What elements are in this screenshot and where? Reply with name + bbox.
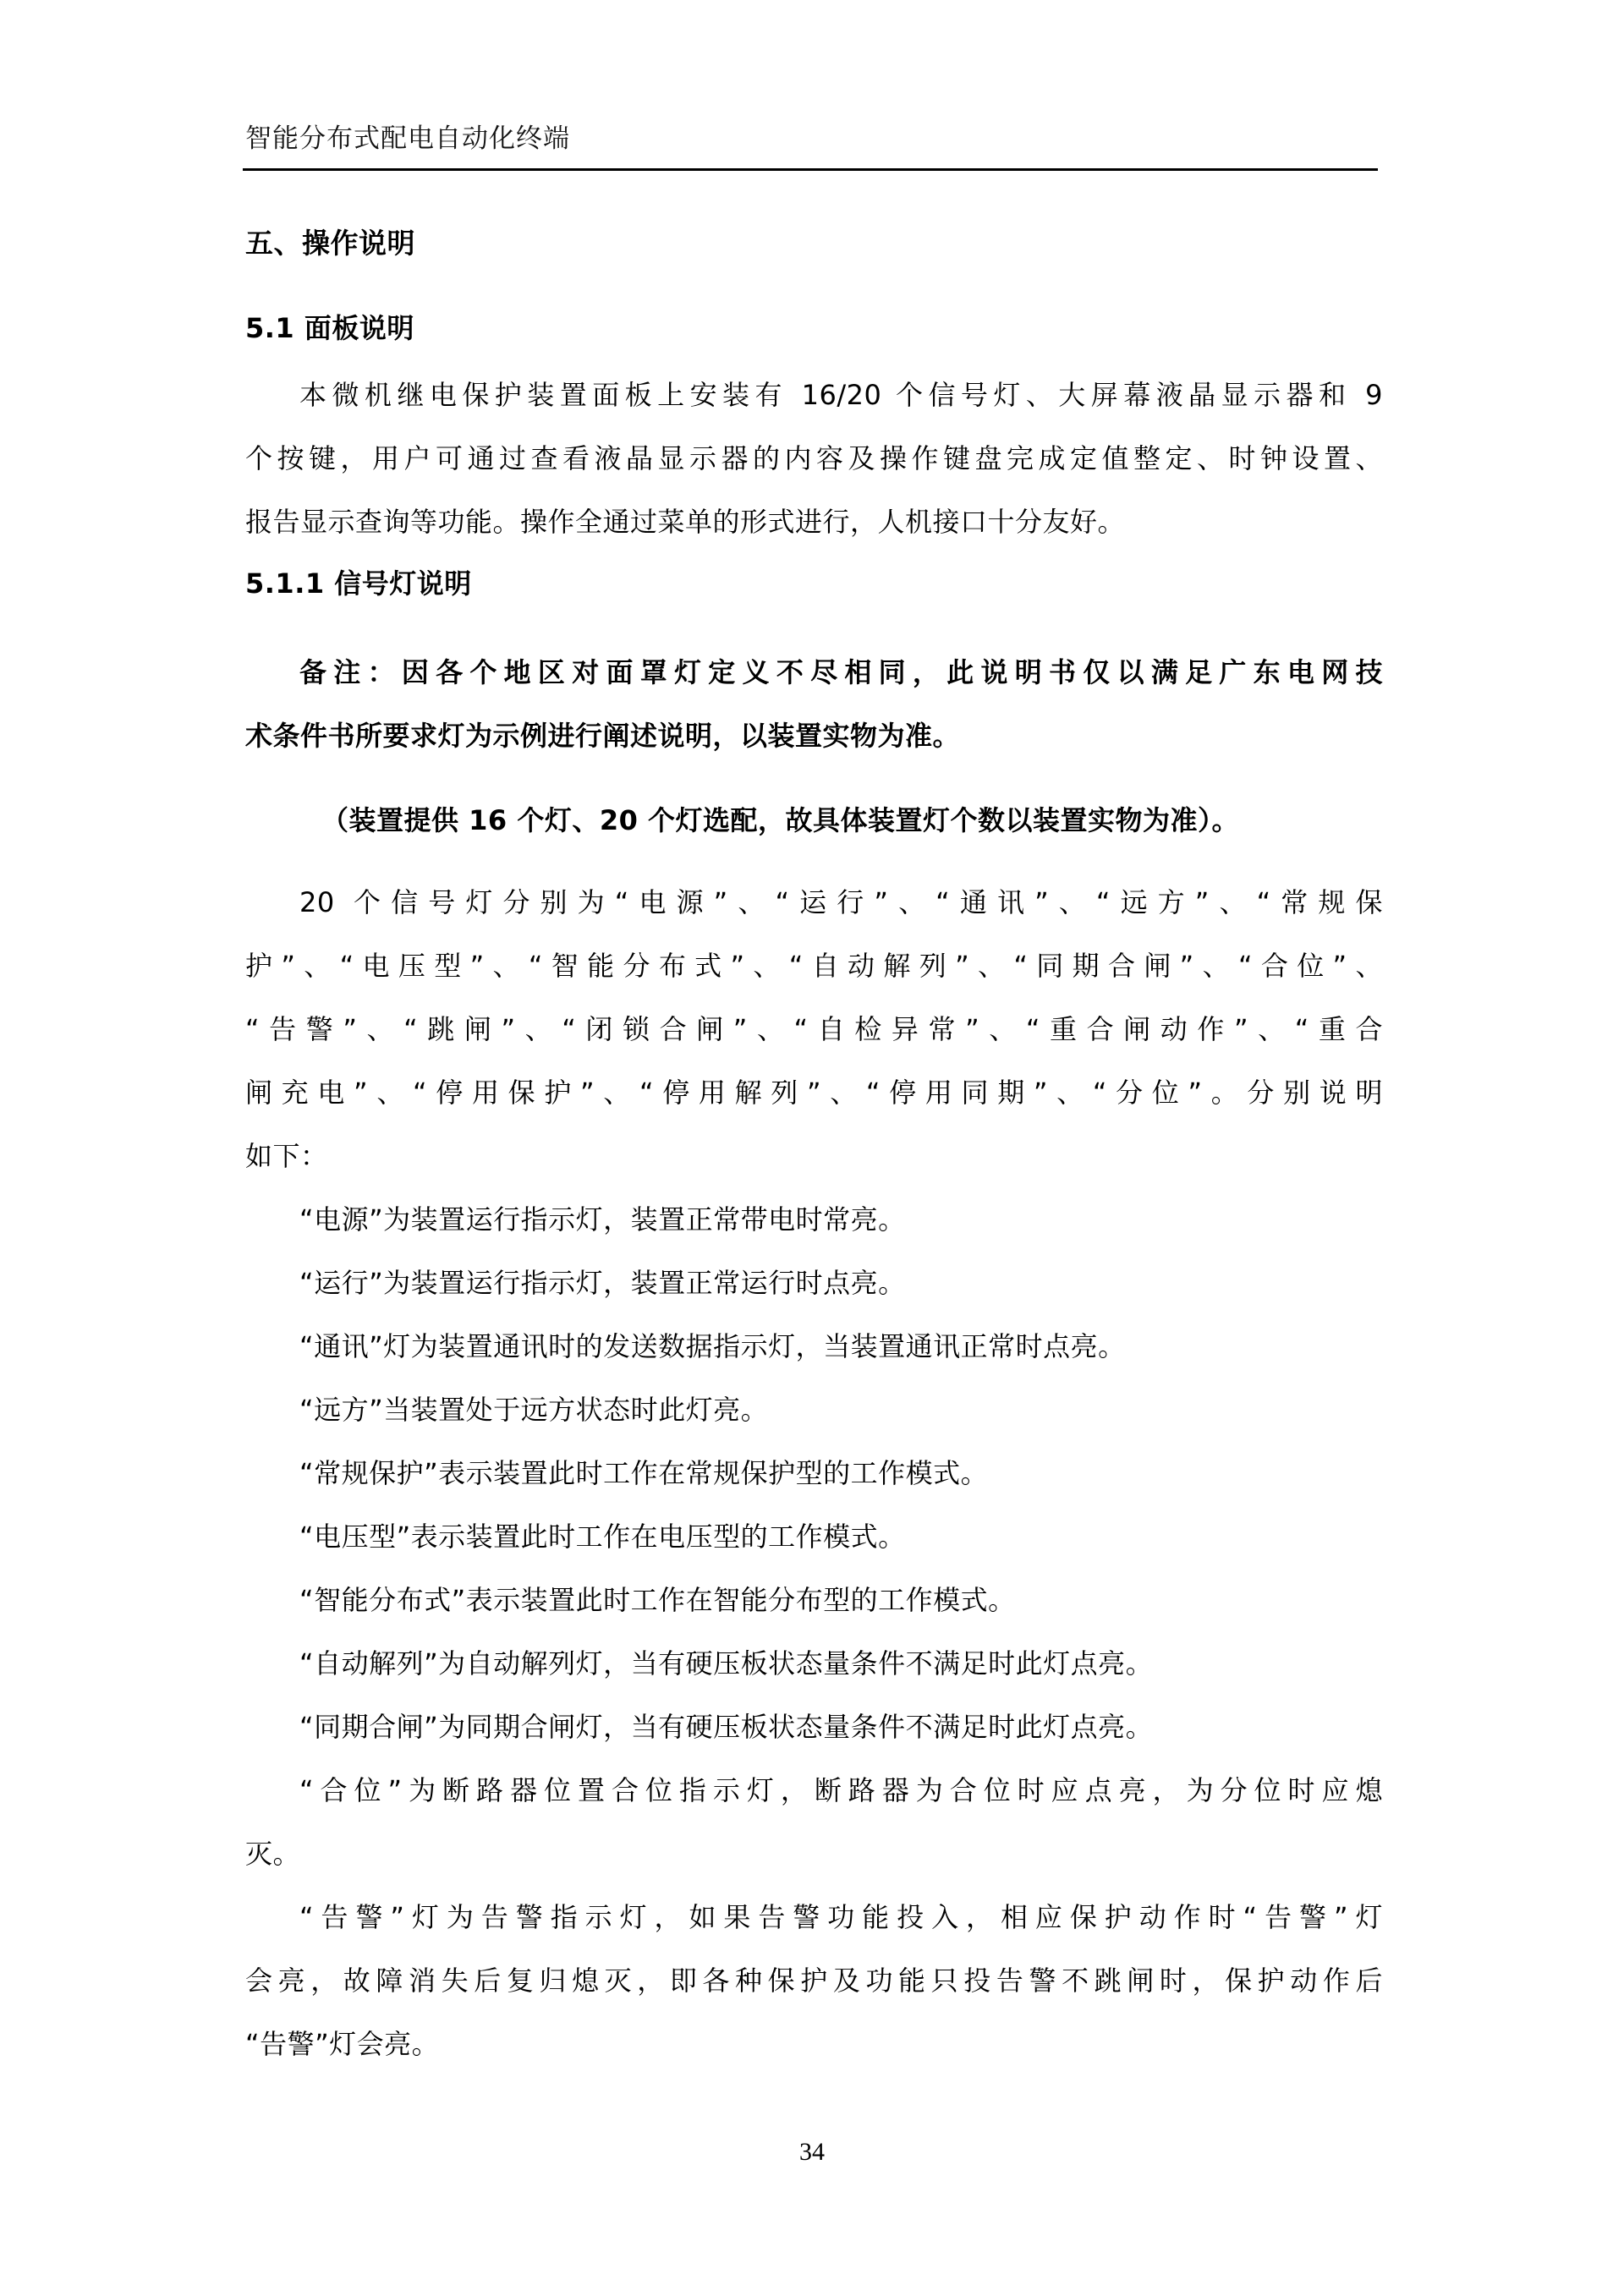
description-closed-position-line-2: 灭。 xyxy=(245,1837,300,1871)
option-note: （装置提供 16 个灯、20 个灯选配，故具体装置灯个数以装置实物为准）。 xyxy=(321,803,1239,837)
lights-list-line-4: 闸充电”、“停用保护”、“停用解列”、“停用同期”、“分位”。分别说明 xyxy=(245,1076,1383,1110)
lights-list-line-1: 20 个信号灯分别为“电源”、“运行”、“通讯”、“远方”、“常规保 xyxy=(299,885,1383,919)
note-paragraph-line-2: 术条件书所要求灯为示例进行阐述说明，以装置实物为准。 xyxy=(245,719,960,753)
intro-paragraph-line-3: 报告显示查询等功能。操作全通过菜单的形式进行，人机接口十分友好。 xyxy=(245,505,1125,539)
description-smart-distributed: “智能分布式”表示装置此时工作在智能分布型的工作模式。 xyxy=(299,1583,1016,1617)
description-voltage-type: “电压型”表示装置此时工作在电压型的工作模式。 xyxy=(299,1520,906,1553)
description-run: “运行”为装置运行指示灯，装置正常运行时点亮。 xyxy=(299,1266,906,1300)
chapter-title: 五、操作说明 xyxy=(245,227,415,260)
description-auto-splitting: “自动解列”为自动解列灯，当有硬压板状态量条件不满足时此灯点亮。 xyxy=(299,1647,1153,1680)
section-heading-5-1-1: 5.1.1 信号灯说明 xyxy=(245,567,472,600)
page-number: 34 xyxy=(0,2138,1624,2167)
note-paragraph-line-1: 备注：因各个地区对面罩灯定义不尽相同，此说明书仅以满足广东电网技 xyxy=(299,655,1383,689)
description-conventional-protection: “常规保护”表示装置此时工作在常规保护型的工作模式。 xyxy=(299,1456,988,1490)
intro-paragraph-line-2: 个按键，用户可通过查看液晶显示器的内容及操作键盘完成定值整定、时钟设置、 xyxy=(245,441,1383,475)
description-alarm-line-2: 会亮，故障消失后复归熄灭，即各种保护及功能只投告警不跳闸时，保护动作后 xyxy=(245,1964,1383,1997)
document-page: 智能分布式配电自动化终端 五、操作说明 5.1 面板说明 本微机继电保护装置面板… xyxy=(0,0,1624,2296)
header-rule xyxy=(243,168,1378,171)
description-closed-position-line-1: “合位”为断路器位置合位指示灯，断路器为合位时应点亮，为分位时应熄 xyxy=(299,1773,1383,1807)
running-header: 智能分布式配电自动化终端 xyxy=(245,117,570,155)
intro-paragraph-line-1: 本微机继电保护装置面板上安装有 16/20 个信号灯、大屏幕液晶显示器和 9 xyxy=(299,378,1383,412)
lights-list-line-3: “告警”、“跳闸”、“闭锁合闸”、“自检异常”、“重合闸动作”、“重合 xyxy=(245,1012,1383,1046)
section-heading-5-1: 5.1 面板说明 xyxy=(245,311,414,345)
description-comm: “通讯”灯为装置通讯时的发送数据指示灯，当装置通讯正常时点亮。 xyxy=(299,1329,1126,1363)
lights-list-line-5: 如下： xyxy=(245,1139,328,1173)
description-alarm-line-1: “告警”灯为告警指示灯，如果告警功能投入，相应保护动作时“告警”灯 xyxy=(299,1900,1383,1934)
description-power: “电源”为装置运行指示灯，装置正常带电时常亮。 xyxy=(299,1203,906,1236)
lights-list-line-2: 护”、“电压型”、“智能分布式”、“自动解列”、“同期合闸”、“合位”、 xyxy=(245,949,1383,983)
description-remote: “远方”当装置处于远方状态时此灯亮。 xyxy=(299,1393,768,1427)
description-alarm-line-3: “告警”灯会亮。 xyxy=(245,2027,439,2061)
description-sync-closing: “同期合闸”为同期合闸灯，当有硬压板状态量条件不满足时此灯点亮。 xyxy=(299,1710,1153,1744)
